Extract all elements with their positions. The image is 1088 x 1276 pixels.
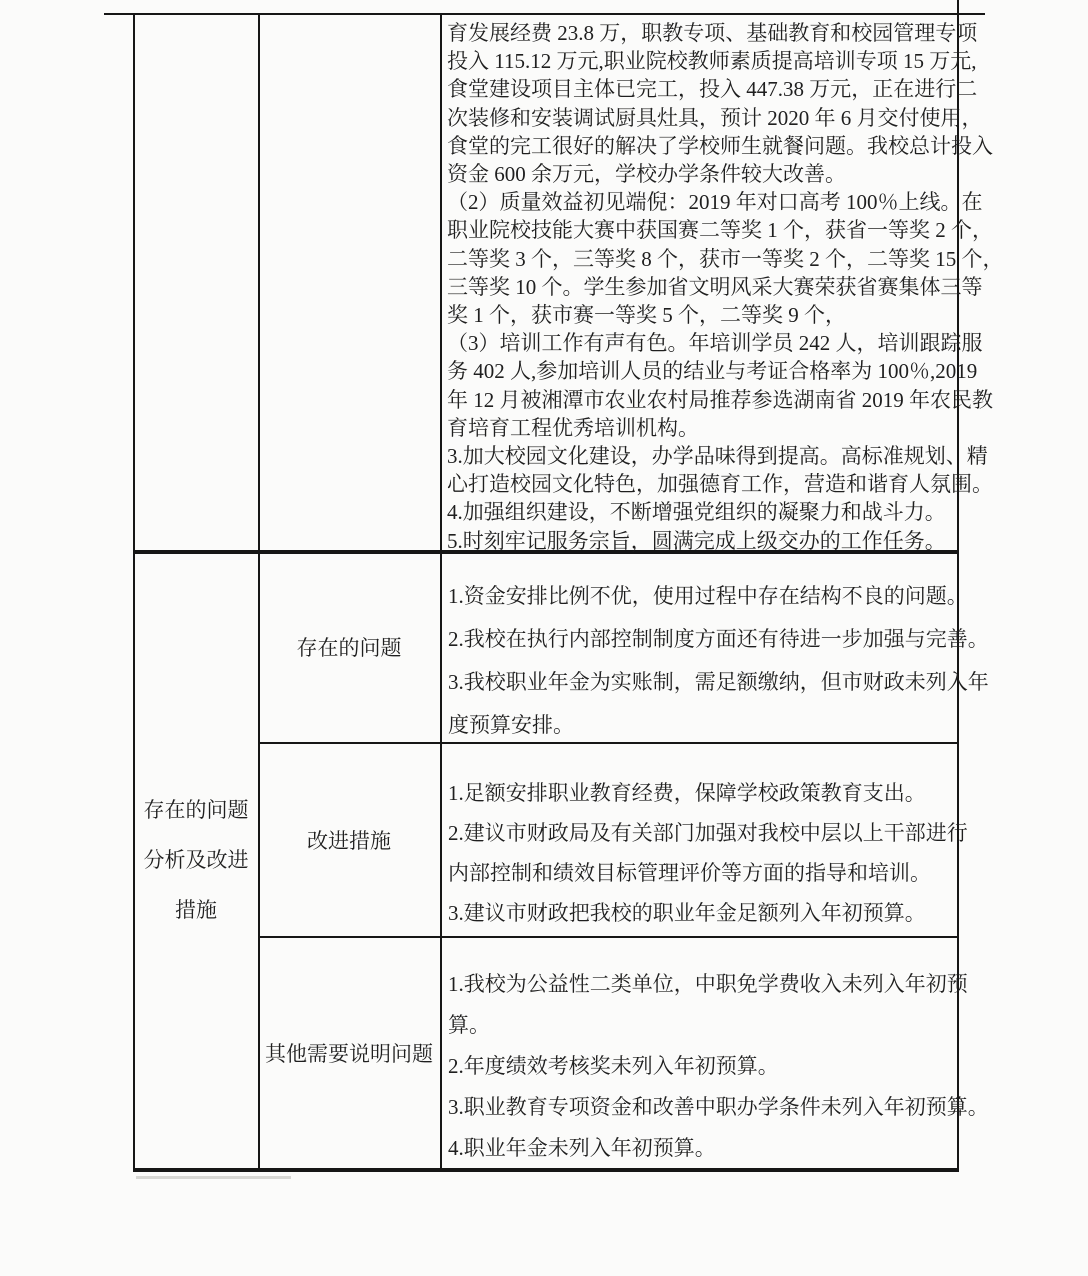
continued-remarks-cell: 育发展经费 23.8 万，职教专项、基础教育和校园管理专项投入 115.12 万… [447, 19, 959, 555]
scan-smudge [136, 1176, 291, 1179]
problems-label-cell: 存在的问题 [260, 552, 438, 742]
table-border-top [104, 13, 985, 15]
other-issues-content-cell: 1.我校为公益性二类单位，中职免学费收入未列入年初预算。2.年度绩效考核奖未列入… [448, 964, 956, 1169]
problems-content-cell: 1.资金安排比例不优，使用过程中存在结构不良的问题。2.我校在执行内部控制制度方… [448, 575, 956, 747]
table-divider-col2 [440, 13, 442, 1171]
measures-label-cell: 改进措施 [260, 744, 438, 936]
other-issues-label-cell: 其他需要说明问题 [260, 938, 438, 1168]
measures-content-cell: 1.足额安排职业教育经费，保障学校政策教育支出。2.建议市财政局及有关部门加强对… [448, 773, 956, 933]
scanned-report-page: 育发展经费 23.8 万，职教专项、基础教育和校园管理专项投入 115.12 万… [0, 0, 1088, 1276]
row-group-label-problems-analysis: 存在的问题分析及改进措施 [135, 554, 257, 1166]
